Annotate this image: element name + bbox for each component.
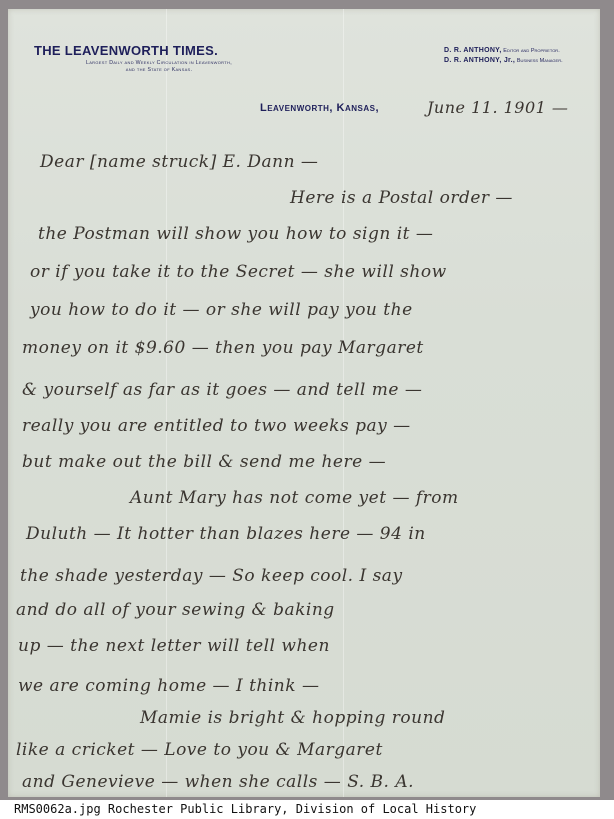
letter-line: Duluth — It hotter than blazes here — 94…	[26, 524, 426, 544]
letter-line: but make out the bill & send me here —	[22, 452, 386, 472]
letter-line: up — the next letter will tell when	[18, 636, 330, 656]
letterhead-staff: D. R. ANTHONY, Editor and Proprietor. D.…	[444, 46, 563, 66]
letterhead-place: Leavenworth, Kansas,	[260, 102, 379, 114]
staff-line: D. R. ANTHONY, Editor and Proprietor.	[444, 46, 563, 56]
salutation: Dear [name struck] E. Dann —	[40, 152, 318, 172]
image-caption: RMS0062a.jpg Rochester Public Library, D…	[14, 802, 476, 816]
letter-line: Here is a Postal order —	[290, 188, 513, 208]
letter-line: or if you take it to the Secret — she wi…	[30, 262, 447, 282]
letter-signature-line: and Genevieve — when she calls — S. B. A…	[22, 772, 414, 792]
letter-line: the shade yesterday — So keep cool. I sa…	[20, 566, 403, 586]
letter-date: June 11. 1901 —	[427, 98, 568, 117]
staff-line: D. R. ANTHONY, Jr., Business Manager.	[444, 56, 563, 66]
letter-line: you how to do it — or she will pay you t…	[30, 300, 413, 320]
letter-line: and do all of your sewing & baking	[16, 600, 335, 620]
letterhead-title: THE LEAVENWORTH TIMES.	[34, 43, 218, 58]
letter-line: like a cricket — Love to you & Margaret	[16, 740, 383, 760]
letter-line: Mamie is bright & hopping round	[140, 708, 445, 728]
letter-line: money on it $9.60 — then you pay Margare…	[22, 338, 424, 358]
letter-line: & yourself as far as it goes — and tell …	[22, 380, 422, 400]
letter-line: Aunt Mary has not come yet — from	[130, 488, 459, 508]
letter-line: we are coming home — I think —	[18, 676, 319, 696]
letterhead-subtitle-line: and the State of Kansas.	[54, 67, 264, 74]
letter-line: the Postman will show you how to sign it…	[38, 224, 433, 244]
fold-line	[343, 9, 344, 797]
letterhead-subtitle: Largest Daily and Weekly Circulation in …	[54, 60, 264, 74]
letter-line: really you are entitled to two weeks pay…	[22, 416, 411, 436]
letterhead-subtitle-line: Largest Daily and Weekly Circulation in …	[54, 60, 264, 67]
